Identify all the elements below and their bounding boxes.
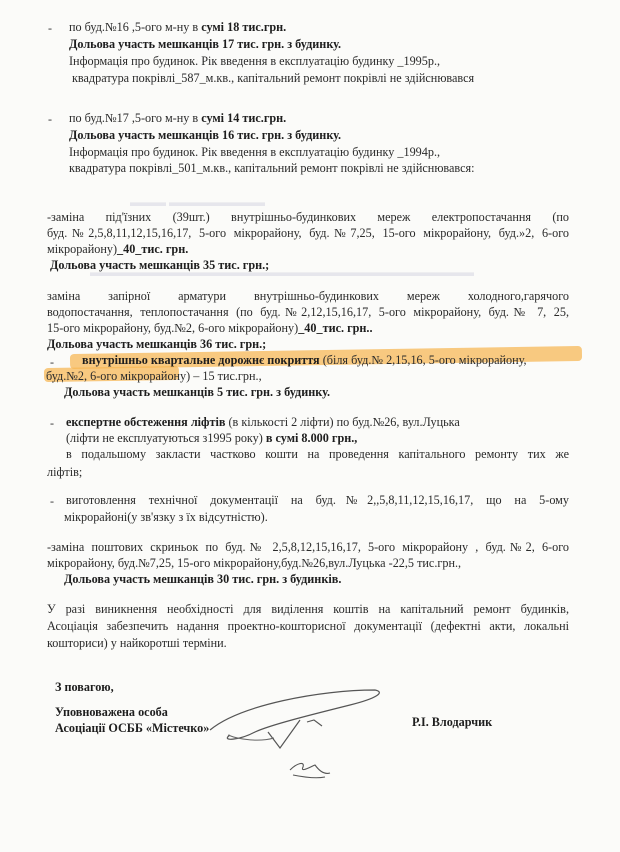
item16-share: Дольова участь мешканців 17 тис. грн. з … [69, 37, 341, 52]
bullet-dash: - [50, 355, 54, 370]
initials-scribble [285, 755, 335, 785]
bullet-dash: - [50, 416, 54, 431]
closing-line2: Асоціація забезпечить надання проектно-к… [47, 619, 569, 634]
road-line1: внутрішньо квартальне дорожнє покриття (… [82, 353, 527, 368]
road-share: Дольова участь мешканців 5 тис. грн. з б… [64, 385, 330, 400]
mailboxes-line2: мікрорайону, буд.№7,25, 15-ого мікрорайо… [47, 556, 461, 571]
signatory-role-line1: Уповноважена особа [55, 705, 168, 720]
road-line2: буд.№2, 6-ого мікрорайону) – 15 тис.грн.… [46, 369, 262, 384]
item16-info1: Інформація про будинок. Рік введення в е… [69, 54, 440, 69]
valves-line3: 15-ого мікрорайону, буд.№2, 6-ого мікрор… [47, 321, 373, 336]
lifts-line2: (ліфти не експлуатуються з1995 року) в с… [66, 431, 357, 446]
bullet-dash: - [48, 112, 52, 127]
mailboxes-share: Дольова участь мешканців 30 тис. грн. з … [64, 572, 341, 587]
closing-line1: У разі виникнення необхідності для виділ… [47, 602, 569, 617]
item16-line1: по буд.№16 ,5-ого м-ну в сумі 18 тис.грн… [69, 20, 286, 35]
lifts-line3: в подальшому закласти частково кошти на … [66, 447, 569, 462]
electric-share: Дольова участь мешканців 35 тис. грн.; [50, 258, 269, 273]
regards: З повагою, [55, 680, 114, 695]
bullet-dash: - [50, 494, 54, 509]
electric-line2: буд.№2,5,8,11,12,15,16,17, 5-ого мікрора… [47, 226, 569, 241]
item17-share: Дольова участь мешканців 16 тис. грн. з … [69, 128, 341, 143]
electric-line1: -заміна під'їзних (39шт.) внутрішньо-буд… [47, 210, 569, 225]
show-through-text: ▬▬▬ ▬▬▬▬▬▬▬▬ [130, 195, 265, 210]
valves-share: Дольова участь мешканців 36 тис. грн.; [47, 337, 266, 352]
techdocs-line2: мікрорайоні(у зв'язку з їх відсутністю). [64, 510, 268, 525]
techdocs-line1: виготовлення технічної документації на б… [66, 493, 569, 508]
lifts-line1: експертне обстеження ліфтів (в кількості… [66, 415, 460, 430]
bullet-dash: - [48, 21, 52, 36]
item16-info2: квадратура покрівлі_587_м.кв., капітальн… [72, 71, 474, 86]
item17-line1: по буд.№17 ,5-ого м-ну в сумі 14 тис.грн… [69, 111, 286, 126]
closing-line3: кошториси) у найкоротші терміни. [47, 636, 227, 651]
item17-info1: Інформація про будинок. Рік введення в е… [69, 145, 440, 160]
valves-line1: заміна запірної арматури внутрішньо-буди… [47, 289, 569, 304]
valves-line2: водопостачання, теплопостачання (по буд.… [47, 305, 569, 320]
scanned-letter-page: ▬▬▬ ▬▬▬▬▬▬▬▬ ▬▬▬▬▬▬▬▬▬▬▬▬▬▬▬▬▬▬▬▬▬▬▬▬▬▬▬… [0, 0, 620, 852]
mailboxes-line1: -заміна поштових скриньок по буд.№ 2,5,8… [47, 540, 569, 555]
item17-info2: квадратура покрівлі_501_м.кв., капітальн… [69, 161, 475, 176]
lifts-line4: ліфтів; [47, 465, 82, 480]
signatory-role-line2: Асоціації ОСББ «Містечко» [55, 721, 209, 736]
signatory-name: Р.І. Влодарчик [412, 715, 492, 730]
electric-line3: мікрорайону)_40_тис. грн. [47, 242, 188, 257]
